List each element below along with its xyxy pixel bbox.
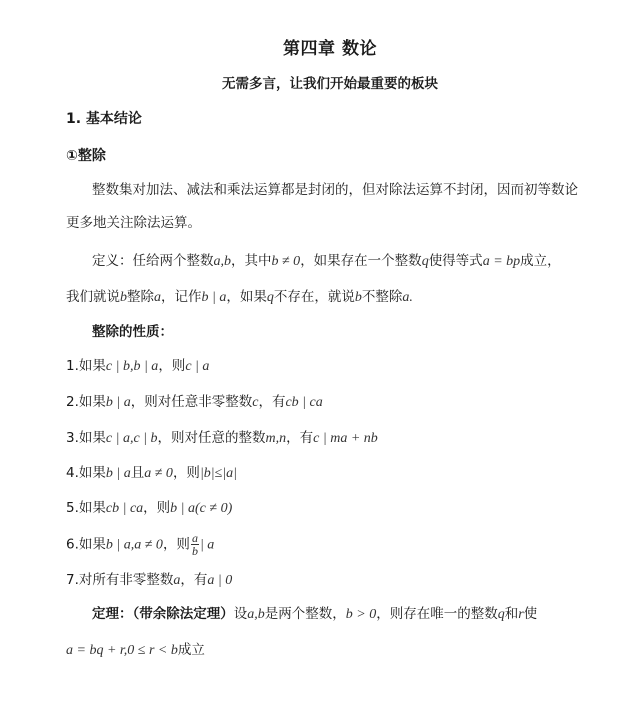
definition-text: ，记作 [161,289,202,305]
math-expression: b | a [106,395,131,410]
definition-text: 成立， [520,253,561,269]
definition-line-2: 我们就说b整除a，记作b | a，如果q不存在，就说b不整除a. [66,288,413,307]
math-expression: c | b,b | a [106,359,158,374]
math-expression: | a [200,538,214,553]
intro-paragraph-line-1: 整数集对加法、减法和乘法运算都是封闭的，但对除法运算不封闭，因而初等数论 [92,181,578,199]
definition-text: 定义：任给两个整数 [92,253,214,269]
math-expression: b | a [202,290,227,305]
fraction: ab [191,532,199,557]
definition-text: 不整除 [362,289,403,305]
property-item-6: 6.如果b | a,a ≠ 0，则ab| a [66,532,214,557]
property-text: 5.如果 [66,500,106,516]
math-expression: . [409,290,413,305]
definition-text: 整除 [127,289,154,305]
intro-paragraph-line-2: 更多地关注除法运算。 [66,214,201,232]
property-text: 3.如果 [66,430,106,446]
property-text: 且 [131,465,145,481]
property-item-5: 5.如果cb | ca，则b | a(c ≠ 0) [66,499,232,518]
theorem-text: 使 [524,606,538,622]
math-expression: b | a(c ≠ 0) [170,501,232,516]
theorem-text: 和 [505,606,519,622]
math-expression: c | ma + nb [313,431,378,446]
property-text: ，则 [158,358,185,374]
math-expression: a [154,290,161,305]
property-text: 6.如果 [66,537,106,553]
property-item-1: 1.如果c | b,b | a，则c | a [66,357,209,376]
definition-text: 不存在，就说 [274,289,355,305]
property-text: ，有 [286,430,313,446]
property-item-4: 4.如果b | a且a ≠ 0，则|b|≤|a| [66,464,237,483]
property-text: 2.如果 [66,394,106,410]
property-text: ，有 [258,394,285,410]
property-text: 1.如果 [66,358,106,374]
math-expression: q [498,607,505,622]
math-expression: m,n [266,431,287,446]
definition-text: 使得等式 [429,253,483,269]
theorem-text: 设 [234,606,248,622]
theorem-text: ，则存在唯一的整数 [376,606,498,622]
property-text: ，则对任意非零整数 [131,394,253,410]
definition-text: 我们就说 [66,289,120,305]
math-expression: a ≠ 0 [144,466,173,481]
definition-text: ，其中 [231,253,272,269]
math-expression: |b|≤|a| [200,466,237,481]
math-expression: cb | ca [106,501,143,516]
theorem-text: 是两个整数， [265,606,346,622]
chapter-title: 第四章 数论 [0,40,640,58]
property-item-7: 7.对所有非零整数a，有a | 0 [66,571,232,590]
math-expression: q [422,254,429,269]
property-text: ，则 [163,537,190,553]
math-expression: b | a,a ≠ 0 [106,538,163,553]
definition-line-1: 定义：任给两个整数a,b，其中b ≠ 0，如果存在一个整数q使得等式a = bp… [92,252,561,271]
math-expression: a | 0 [207,573,232,588]
theorem-text: 成立 [178,642,205,658]
theorem-label: 定理：（带余除法定理） [92,606,234,622]
math-expression: b [120,290,127,305]
document-page: 第四章 数论 无需多言，让我们开始最重要的板块 1. 基本结论 ①整除 整数集对… [0,0,640,716]
math-expression: a,b [247,607,265,622]
property-text: ，则 [173,465,200,481]
math-expression: b | a [106,466,131,481]
math-expression: b > 0 [346,607,376,622]
math-expression: q [267,290,274,305]
properties-heading: 整除的性质： [92,323,173,341]
theorem-line-2: a = bq + r,0 ≤ r < b成立 [66,641,205,660]
definition-text: ，如果存在一个整数 [300,253,422,269]
property-item-3: 3.如果c | a,c | b，则对任意的整数m,n，有c | ma + nb [66,429,378,448]
property-item-2: 2.如果b | a，则对任意非零整数c，有cb | ca [66,393,323,412]
math-expression: b ≠ 0 [272,254,301,269]
property-text: ，有 [180,572,207,588]
definition-text: ，如果 [226,289,267,305]
section-heading: 1. 基本结论 [66,110,142,128]
math-expression: a = bp [483,254,520,269]
chapter-subtitle: 无需多言，让我们开始最重要的板块 [0,75,640,93]
math-expression: a = bq + r,0 ≤ r < b [66,643,178,658]
math-expression: b [355,290,362,305]
fraction-denominator: b [191,545,199,557]
math-expression: a,b [214,254,232,269]
property-text: 4.如果 [66,465,106,481]
subsection-heading: ①整除 [66,147,106,165]
property-text: ，则 [143,500,170,516]
math-expression: cb | ca [285,395,322,410]
math-expression: c | a [185,359,209,374]
math-expression: c | a,c | b [106,431,158,446]
property-text: ，则对任意的整数 [158,430,266,446]
theorem-line-1: 定理：（带余除法定理）设a,b是两个整数，b > 0，则存在唯一的整数q和r使 [92,605,537,624]
property-text: 7.对所有非零整数 [66,572,173,588]
